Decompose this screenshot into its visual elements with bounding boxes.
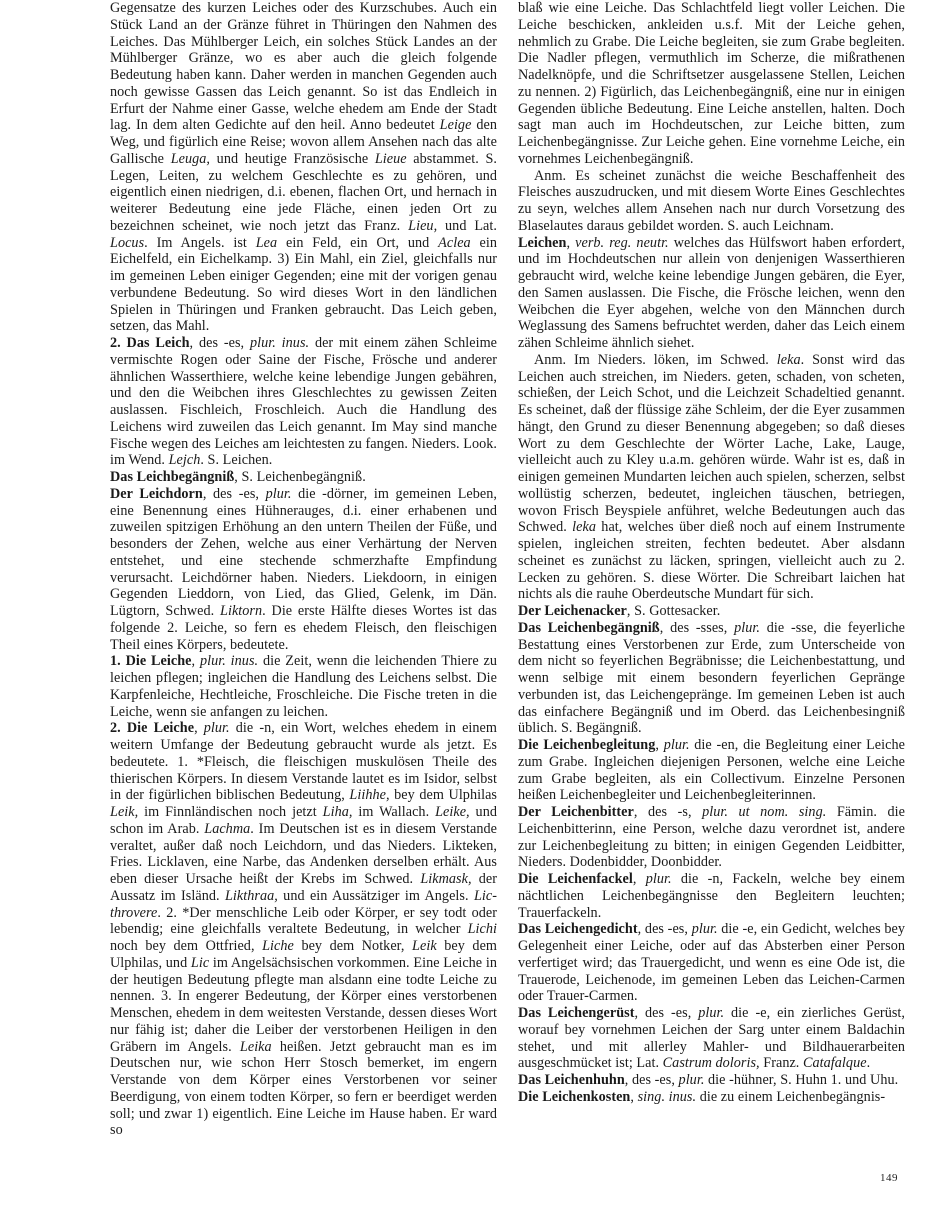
headword: 2. Die Leiche — [110, 720, 194, 736]
entry-paragraph: Die Leichenkosten, sing. inus. die zu ei… — [518, 1089, 905, 1106]
headword: Die Leichenbegleitung — [518, 737, 655, 753]
body-text: , — [633, 871, 646, 887]
italic-term: Lea — [256, 235, 277, 251]
headword: 1. Die Leiche — [110, 653, 192, 669]
headword: Der Leichenbitter — [518, 804, 634, 820]
italic-term: plur. — [204, 720, 230, 736]
body-text: . S. Leichen. — [200, 452, 272, 468]
headword: Die Leichenfackel — [518, 871, 633, 887]
body-text: noch bey dem Ottfried, — [110, 938, 262, 954]
italic-term: plur. inus. — [200, 653, 258, 669]
headword: Das Leichbegängniß — [110, 469, 234, 485]
italic-term: verb. reg. neutr. — [575, 235, 669, 251]
body-text: , — [630, 1089, 637, 1105]
italic-term: Liche — [262, 938, 294, 954]
body-text: Gegensatze des kurzen Leiches oder des K… — [110, 0, 497, 133]
body-text: . — [867, 1055, 871, 1071]
headword: 2. Das Leich — [110, 335, 190, 351]
italic-term: Liihhe, — [349, 787, 389, 803]
body-text: im Wallach. — [352, 804, 435, 820]
body-text: , — [192, 653, 200, 669]
italic-term: Castrum doloris, — [663, 1055, 760, 1071]
entry-paragraph: 2. Das Leich, des -es, plur. inus. der m… — [110, 335, 497, 469]
body-text: , des -es, — [638, 921, 692, 937]
body-text: die zu einem Leichenbegängnis- — [696, 1089, 885, 1105]
body-text: , S. Gottesacker. — [627, 603, 720, 619]
body-text: ein Feld, ein Ort, und — [277, 235, 438, 251]
body-text: der mit einem zähen Schleime vermischte … — [110, 335, 497, 468]
right-column: blaß wie eine Leiche. Das Schlachtfeld l… — [518, 0, 905, 1106]
body-text: die -hühner, S. Huhn 1. und Uhu. — [704, 1072, 898, 1088]
body-text: im Finnländischen noch jetzt — [138, 804, 322, 820]
body-text: , — [194, 720, 204, 736]
italic-term: plur. — [266, 486, 292, 502]
headword: Das Leichengedicht — [518, 921, 638, 937]
headword: Die Leichenkosten — [518, 1089, 630, 1105]
body-text: Franz. — [760, 1055, 803, 1071]
italic-term: Lieu, — [408, 218, 437, 234]
body-text: , S. Leichenbegängniß. — [234, 469, 366, 485]
italic-term: plur. ut nom. sing. — [702, 804, 826, 820]
body-text: und ein Aussätziger im Angels. — [278, 888, 474, 904]
italic-term: Locus — [110, 235, 144, 251]
body-text: die -sse, die feyerliche Bestattung eine… — [518, 620, 905, 737]
body-text: Anm. Im Nieders. löken, im Schwed. — [534, 352, 777, 368]
body-text: die -dörner, im gemeinen Leben, eine Ben… — [110, 486, 497, 619]
annotation-paragraph: Anm. Im Nieders. löken, im Schwed. leka.… — [518, 352, 905, 603]
italic-term: leka — [777, 352, 801, 368]
italic-term: plur. — [664, 737, 690, 753]
body-text: Anm. Es scheinet zunächst die weiche Bes… — [518, 168, 905, 234]
italic-term: Lejch — [169, 452, 201, 468]
entry-paragraph: Gegensatze des kurzen Leiches oder des K… — [110, 0, 497, 335]
body-text: bey dem Notker, — [294, 938, 412, 954]
body-text: , des -es, — [203, 486, 266, 502]
dictionary-page: Gegensatze des kurzen Leiches oder des K… — [0, 0, 935, 1210]
italic-term: plur. — [679, 1072, 705, 1088]
annotation-paragraph: Anm. Es scheinet zunächst die weiche Bes… — [518, 168, 905, 235]
body-text: , — [566, 235, 575, 251]
italic-term: Likthraa, — [225, 888, 278, 904]
body-text: , des -es, — [625, 1072, 679, 1088]
italic-term: Aclea — [438, 235, 471, 251]
entry-paragraph: Der Leichenacker, S. Gottesacker. — [518, 603, 905, 620]
headword: Der Leichdorn — [110, 486, 203, 502]
italic-term: Leik — [412, 938, 437, 954]
body-text: , — [655, 737, 663, 753]
headword: Das Leichenbegängniß — [518, 620, 660, 636]
italic-term: Liha, — [323, 804, 353, 820]
italic-term: plur. — [734, 620, 760, 636]
italic-term: Lic — [191, 955, 209, 971]
entry-paragraph: Das Leichbegängniß, S. Leichenbegängniß. — [110, 469, 497, 486]
entry-paragraph: Leichen, verb. reg. neutr. welches das H… — [518, 235, 905, 352]
italic-term: Catafalque — [803, 1055, 867, 1071]
entry-paragraph: 2. Die Leiche, plur. die -n, ein Wort, w… — [110, 720, 497, 1139]
italic-term: plur. — [698, 1005, 724, 1021]
headword: Das Leichengerüst — [518, 1005, 635, 1021]
left-column: Gegensatze des kurzen Leiches oder des K… — [110, 0, 497, 1139]
entry-paragraph: Das Leichengerüst, des -es, plur. die -e… — [518, 1005, 905, 1072]
headword: Leichen — [518, 235, 566, 251]
italic-term: Lichi — [468, 921, 497, 937]
italic-term: Lachma — [204, 821, 250, 837]
entry-paragraph: Das Leichengedicht, des -es, plur. die -… — [518, 921, 905, 1005]
italic-term: Leige — [440, 117, 472, 133]
italic-term: Lieue — [375, 151, 407, 167]
italic-term: Leik, — [110, 804, 138, 820]
body-text: und heutige Französische — [210, 151, 375, 167]
headword: Der Leichenacker — [518, 603, 627, 619]
italic-term: plur. — [646, 871, 672, 887]
entry-paragraph: Das Leichenhuhn, des -es, plur. die -hüh… — [518, 1072, 905, 1089]
body-text: blaß wie eine Leiche. Das Schlachtfeld l… — [518, 0, 905, 167]
body-text: . Sonst wird das Leichen auch streichen,… — [518, 352, 905, 536]
page-number: 149 — [880, 1172, 898, 1184]
italic-term: Liktorn — [220, 603, 262, 619]
italic-term: Leika — [240, 1039, 272, 1055]
italic-term: sing. inus. — [638, 1089, 697, 1105]
entry-paragraph: Die Leichenfackel, plur. die -n, Fackeln… — [518, 871, 905, 921]
italic-term: plur. inus. — [250, 335, 309, 351]
italic-term: leka — [572, 519, 596, 535]
body-text: welches das Hülfswort haben erfordert, u… — [518, 235, 905, 352]
italic-term: Leuga, — [171, 151, 210, 167]
body-text: und Lat. — [437, 218, 497, 234]
italic-term: Leike, — [435, 804, 470, 820]
italic-term: plur. — [692, 921, 718, 937]
entry-paragraph: 1. Die Leiche, plur. inus. die Zeit, wen… — [110, 653, 497, 720]
body-text: , des -s, — [634, 804, 702, 820]
entry-paragraph: Der Leichdorn, des -es, plur. die -dörne… — [110, 486, 497, 654]
body-text: , des -es, — [635, 1005, 699, 1021]
body-text: . 2. *Der menschliche Leib oder Körper, … — [110, 905, 497, 938]
entry-paragraph: Das Leichenbegängniß, des -sses, plur. d… — [518, 620, 905, 737]
body-text: bey dem Ulphilas — [390, 787, 497, 803]
headword: Das Leichenhuhn — [518, 1072, 625, 1088]
entry-paragraph: Der Leichenbitter, des -s, plur. ut nom.… — [518, 804, 905, 871]
body-text: . Im Angels. ist — [144, 235, 256, 251]
body-text: , des -es, — [190, 335, 250, 351]
italic-term: Likmask, — [420, 871, 471, 887]
body-text: , des -sses, — [660, 620, 734, 636]
entry-paragraph: blaß wie eine Leiche. Das Schlachtfeld l… — [518, 0, 905, 168]
entry-paragraph: Die Leichenbegleitung, plur. die -en, di… — [518, 737, 905, 804]
